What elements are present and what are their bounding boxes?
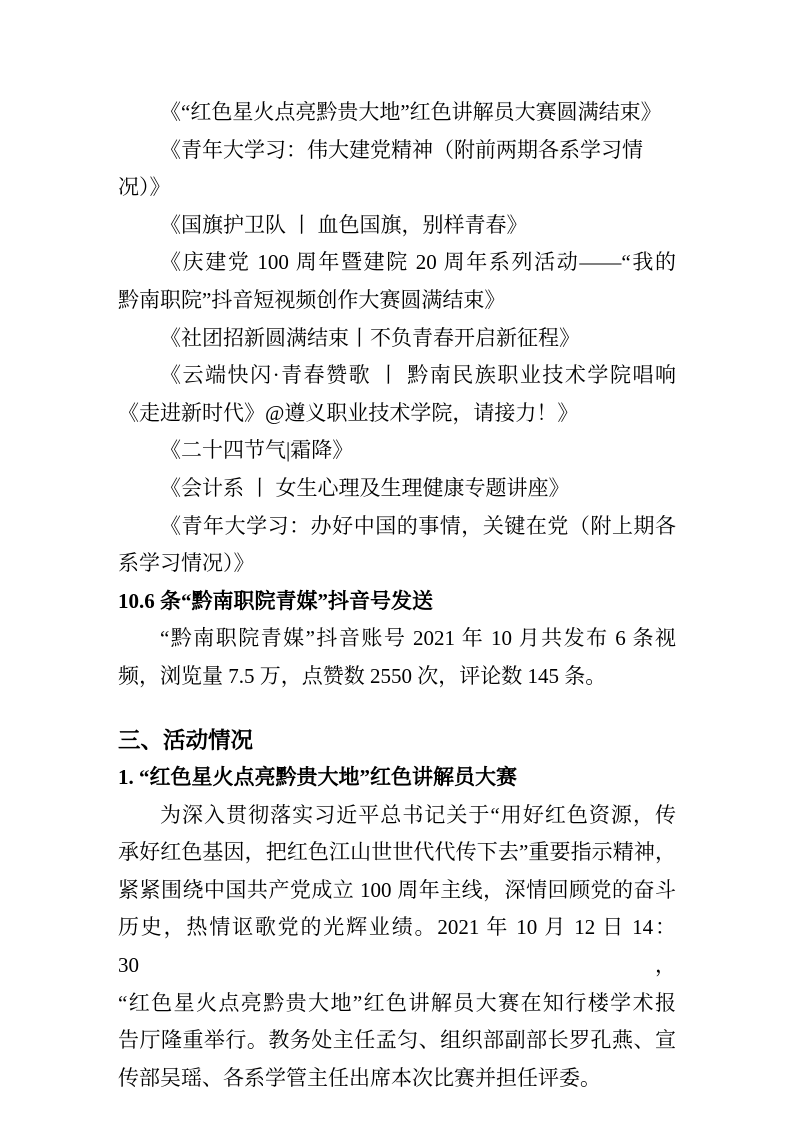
activity-1-body-line-5: “红色星火点亮黔贵大地”红色讲解员大赛在知行楼学术报 (118, 985, 676, 1023)
article-title-2-line-1: 《青年大学习：伟大建党精神（附前两期各系学习情况）》 (118, 132, 676, 207)
article-title-2: 《青年大学习：伟大建党精神（附前两期各系学习情况）》 (118, 132, 676, 207)
article-title-5-line-1: 《社团招新圆满结束丨不负青春开启新征程》 (118, 320, 676, 358)
article-title-3: 《国旗护卫队 丨 血色国旗，别样青春》 (118, 207, 676, 245)
article-title-4-line-2: 黔南职院”抖音短视频创作大赛圆满结束》 (118, 282, 676, 320)
activity-1-heading-line-1: 1. “红色星火点亮黔贵大地”红色讲解员大赛 (118, 759, 676, 797)
activity-1-body-line-1: 为深入贯彻落实习近平总书记关于“用好红色资源，传 (118, 797, 676, 835)
activity-1-body-line-6: 告厅隆重举行。教务处主任孟匀、组织部副部长罗孔燕、宣 (118, 1022, 676, 1060)
article-title-7-line-1: 《二十四节气|霜降》 (118, 432, 676, 470)
article-title-9: 《青年大学习：办好中国的事情，关键在党（附上期各系学习情况）》 (118, 508, 676, 583)
article-title-3-line-1: 《国旗护卫队 丨 血色国旗，别样青春》 (118, 207, 676, 245)
article-title-7: 《二十四节气|霜降》 (118, 432, 676, 470)
section-3-heading: 三、活动情况 (118, 722, 676, 760)
section-3-heading-line-1: 三、活动情况 (118, 722, 676, 760)
article-title-9-line-2: 系学习情况）》 (118, 545, 676, 583)
article-title-1: 《“红色星火点亮黔贵大地”红色讲解员大赛圆满结束》 (118, 94, 676, 132)
article-title-8: 《会计系 丨 女生心理及生理健康专题讲座》 (118, 470, 676, 508)
activity-1-body: 为深入贯彻落实习近平总书记关于“用好红色资源，传承好红色基因，把红色江山世世代代… (118, 797, 676, 1098)
article-title-6: 《云端快闪·青春赞歌 丨 黔南民族职业技术学院唱响《走进新时代》@遵义职业技术学… (118, 357, 676, 432)
article-title-4: 《庆建党 100 周年暨建院 20 周年系列活动——“我的黔南职院”抖音短视频创… (118, 244, 676, 319)
document-body: 《“红色星火点亮黔贵大地”红色讲解员大赛圆满结束》《青年大学习：伟大建党精神（附… (118, 94, 676, 1097)
activity-1-body-line-3: 紧紧围绕中国共产党成立 100 周年主线，深情回顾党的奋斗 (118, 872, 676, 910)
item-10-body: “黔南职院青媒”抖音账号 2021 年 10 月共发布 6 条视频，浏览量 7.… (118, 620, 676, 695)
item-10-heading: 10.6 条“黔南职院青媒”抖音号发送 (118, 583, 676, 621)
item-10-heading-line-1: 10.6 条“黔南职院青媒”抖音号发送 (118, 583, 676, 621)
article-title-8-line-1: 《会计系 丨 女生心理及生理健康专题讲座》 (118, 470, 676, 508)
document-page: 《“红色星火点亮黔贵大地”红色讲解员大赛圆满结束》《青年大学习：伟大建党精神（附… (0, 0, 793, 1122)
item-10-body-line-2: 频，浏览量 7.5 万，点赞数 2550 次，评论数 145 条。 (118, 658, 676, 696)
activity-1-heading: 1. “红色星火点亮黔贵大地”红色讲解员大赛 (118, 759, 676, 797)
section-gap (118, 696, 676, 722)
article-title-5: 《社团招新圆满结束丨不负青春开启新征程》 (118, 320, 676, 358)
article-title-4-line-1: 《庆建党 100 周年暨建院 20 周年系列活动——“我的 (118, 244, 676, 282)
activity-1-body-line-2: 承好红色基因，把红色江山世世代代传下去”重要指示精神， (118, 834, 676, 872)
article-title-9-line-1: 《青年大学习：办好中国的事情，关键在党（附上期各 (118, 508, 676, 546)
activity-1-body-line-7: 传部吴瑶、各系学管主任出席本次比赛并担任评委。 (118, 1060, 676, 1098)
article-title-1-line-1: 《“红色星火点亮黔贵大地”红色讲解员大赛圆满结束》 (118, 94, 676, 132)
article-title-6-line-1: 《云端快闪·青春赞歌 丨 黔南民族职业技术学院唱响 (118, 357, 676, 395)
article-title-6-line-2: 《走进新时代》@遵义职业技术学院，请接力！》 (118, 395, 676, 433)
activity-1-body-line-4: 历史，热情讴歌党的光辉业绩。2021 年 10 月 12 日 14： 30， (118, 909, 676, 984)
item-10-body-line-1: “黔南职院青媒”抖音账号 2021 年 10 月共发布 6 条视 (118, 620, 676, 658)
